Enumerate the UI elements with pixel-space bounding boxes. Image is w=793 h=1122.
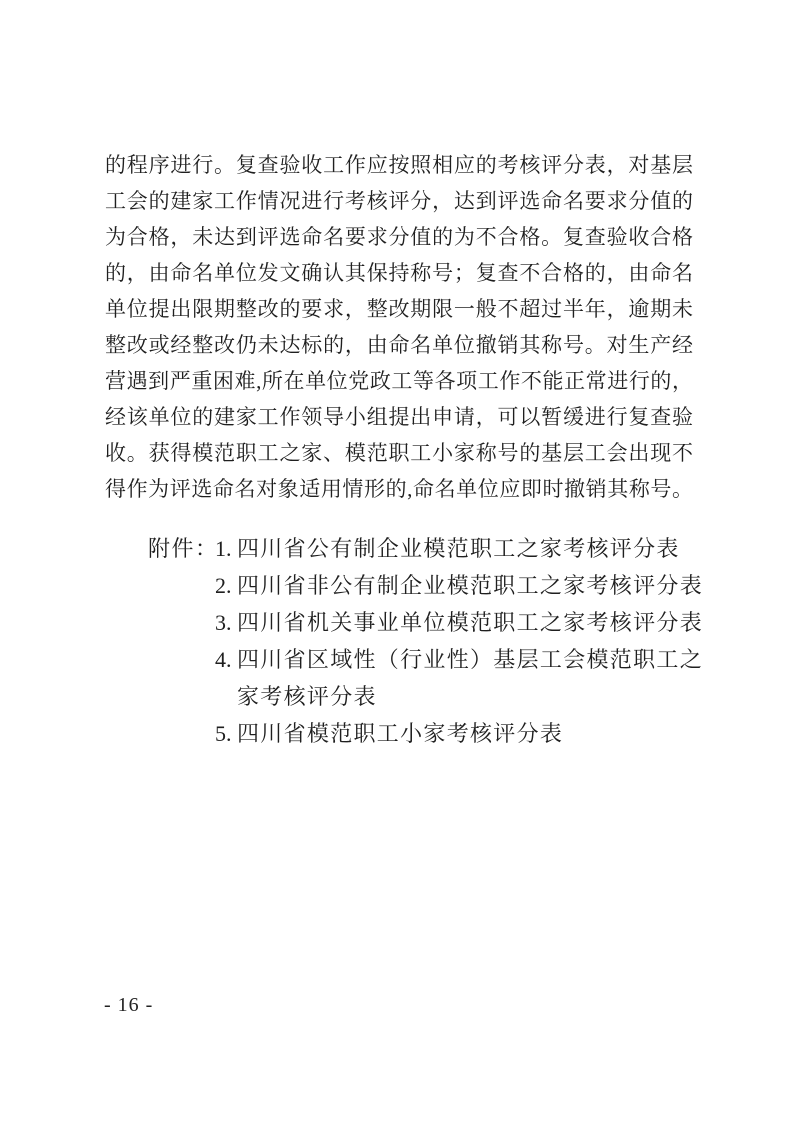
attachment-item: 3. 四川省机关事业单位模范职工之家考核评分表: [215, 604, 705, 641]
attachment-item-number: 1.: [215, 530, 237, 567]
attachment-item: 5. 四川省模范职工小家考核评分表: [215, 715, 705, 752]
body-paragraph: 的程序进行。复查验收工作应按照相应的考核评分表，对基层 工会的建家工作情况进行考…: [105, 147, 693, 507]
attachments-section: 附件： 1. 四川省公有制企业模范职工之家考核评分表 2. 四川省非公有制企业模…: [148, 530, 705, 752]
body-text-line: 得作为评选命名对象适用情形的,命名单位应即时撤销其称号。: [105, 471, 693, 507]
attachment-item: 1. 四川省公有制企业模范职工之家考核评分表: [215, 530, 705, 567]
body-text-line: 工会的建家工作情况进行考核评分，达到评选命名要求分值的: [105, 183, 693, 219]
body-text-line: 的，由命名单位发文确认其保持称号；复查不合格的，由命名: [105, 255, 693, 291]
attachment-item: 2. 四川省非公有制企业模范职工之家考核评分表: [215, 567, 705, 604]
attachment-item-number: 3.: [215, 604, 237, 641]
attachment-item: 4. 四川省区域性（行业性）基层工会模范职工之家考核评分表: [215, 641, 705, 715]
attachment-item-text: 四川省非公有制企业模范职工之家考核评分表: [237, 567, 705, 604]
attachment-item-text: 四川省公有制企业模范职工之家考核评分表: [237, 530, 705, 567]
attachment-item-text: 四川省机关事业单位模范职工之家考核评分表: [237, 604, 705, 641]
attachment-item-number: 5.: [215, 715, 237, 752]
body-text-line: 的程序进行。复查验收工作应按照相应的考核评分表，对基层: [105, 147, 693, 183]
attachment-item-text: 四川省模范职工小家考核评分表: [237, 715, 705, 752]
body-text-line: 为合格，未达到评选命名要求分值的为不合格。复查验收合格: [105, 219, 693, 255]
attachment-item-number: 2.: [215, 567, 237, 604]
body-text-line: 经该单位的建家工作领导小组提出申请，可以暂缓进行复查验: [105, 399, 693, 435]
body-text-line: 整改或经整改仍未达标的，由命名单位撤销其称号。对生产经: [105, 327, 693, 363]
body-text-line: 营遇到严重困难,所在单位党政工等各项工作不能正常进行的，: [105, 363, 693, 399]
body-text-line: 单位提出限期整改的要求，整改期限一般不超过半年，逾期未: [105, 291, 693, 327]
document-page: 的程序进行。复查验收工作应按照相应的考核评分表，对基层 工会的建家工作情况进行考…: [0, 0, 793, 1122]
attachments-label: 附件：: [148, 530, 215, 567]
attachment-item-text: 四川省区域性（行业性）基层工会模范职工之家考核评分表: [237, 641, 705, 715]
attachments-list: 1. 四川省公有制企业模范职工之家考核评分表 2. 四川省非公有制企业模范职工之…: [215, 530, 705, 752]
body-text-line: 收。获得模范职工之家、模范职工小家称号的基层工会出现不: [105, 435, 693, 471]
page-number: - 16 -: [104, 994, 153, 1017]
attachment-item-number: 4.: [215, 641, 237, 678]
